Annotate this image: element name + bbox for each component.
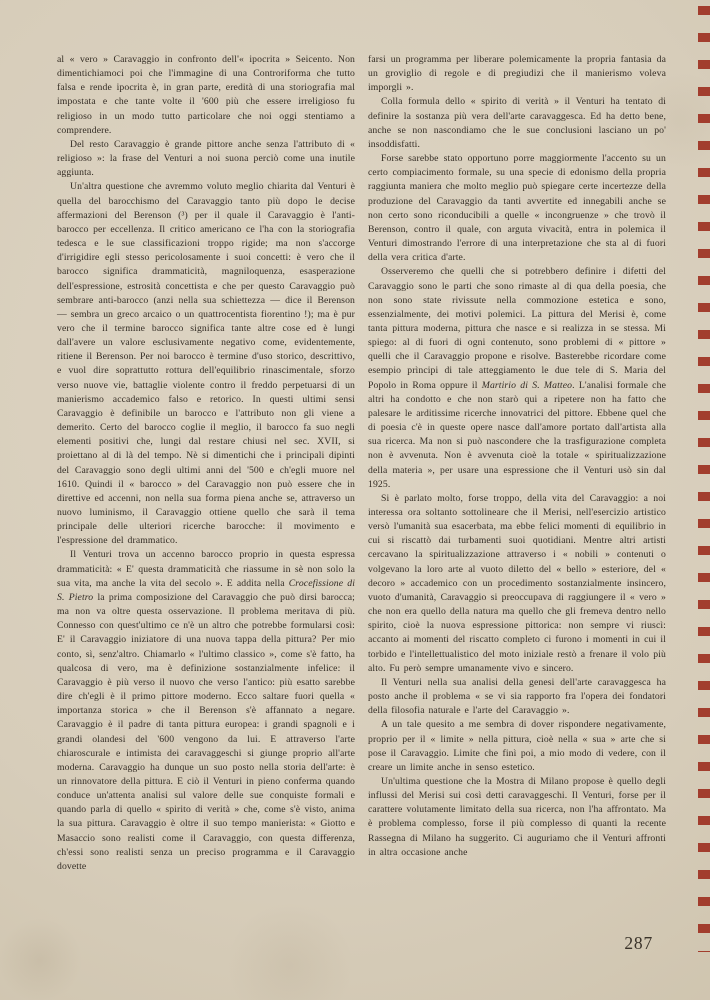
paragraph: Forse sarebbe stato opportuno porre magg… [368, 152, 666, 265]
paragraph: farsi un programma per liberare polemica… [368, 53, 666, 95]
paragraph: A un tale quesito a me sembra di dover r… [368, 718, 666, 775]
page-number: 287 [624, 933, 653, 954]
text-column-right: farsi un programma per liberare polemica… [368, 53, 666, 874]
book-page: al « vero » Caravaggio in confronto dell… [0, 0, 710, 1000]
paragraph: Colla formula dello « spirito di verità … [368, 95, 666, 152]
italic-title: Crocefissione di S. Pietro [57, 578, 355, 603]
paragraph: Il Venturi trova un accenno barocco prop… [57, 548, 355, 874]
paragraph: Un'altra questione che avremmo voluto me… [57, 180, 355, 548]
italic-title: Martirio di S. Matteo [482, 380, 572, 391]
text-columns: al « vero » Caravaggio in confronto dell… [57, 53, 666, 874]
paragraph: Il Venturi nella sua analisi della genes… [368, 676, 666, 718]
paragraph: Osserveremo che quelli che si potrebbero… [368, 265, 666, 492]
paragraph: Del resto Caravaggio è grande pittore an… [57, 138, 355, 180]
paragraph: Si è parlato molto, forse troppo, della … [368, 492, 666, 676]
paragraph: Un'ultima questione che la Mostra di Mil… [368, 775, 666, 860]
book-edge-marks [698, 6, 710, 952]
text-column-left: al « vero » Caravaggio in confronto dell… [57, 53, 355, 874]
paragraph: al « vero » Caravaggio in confronto dell… [57, 53, 355, 138]
